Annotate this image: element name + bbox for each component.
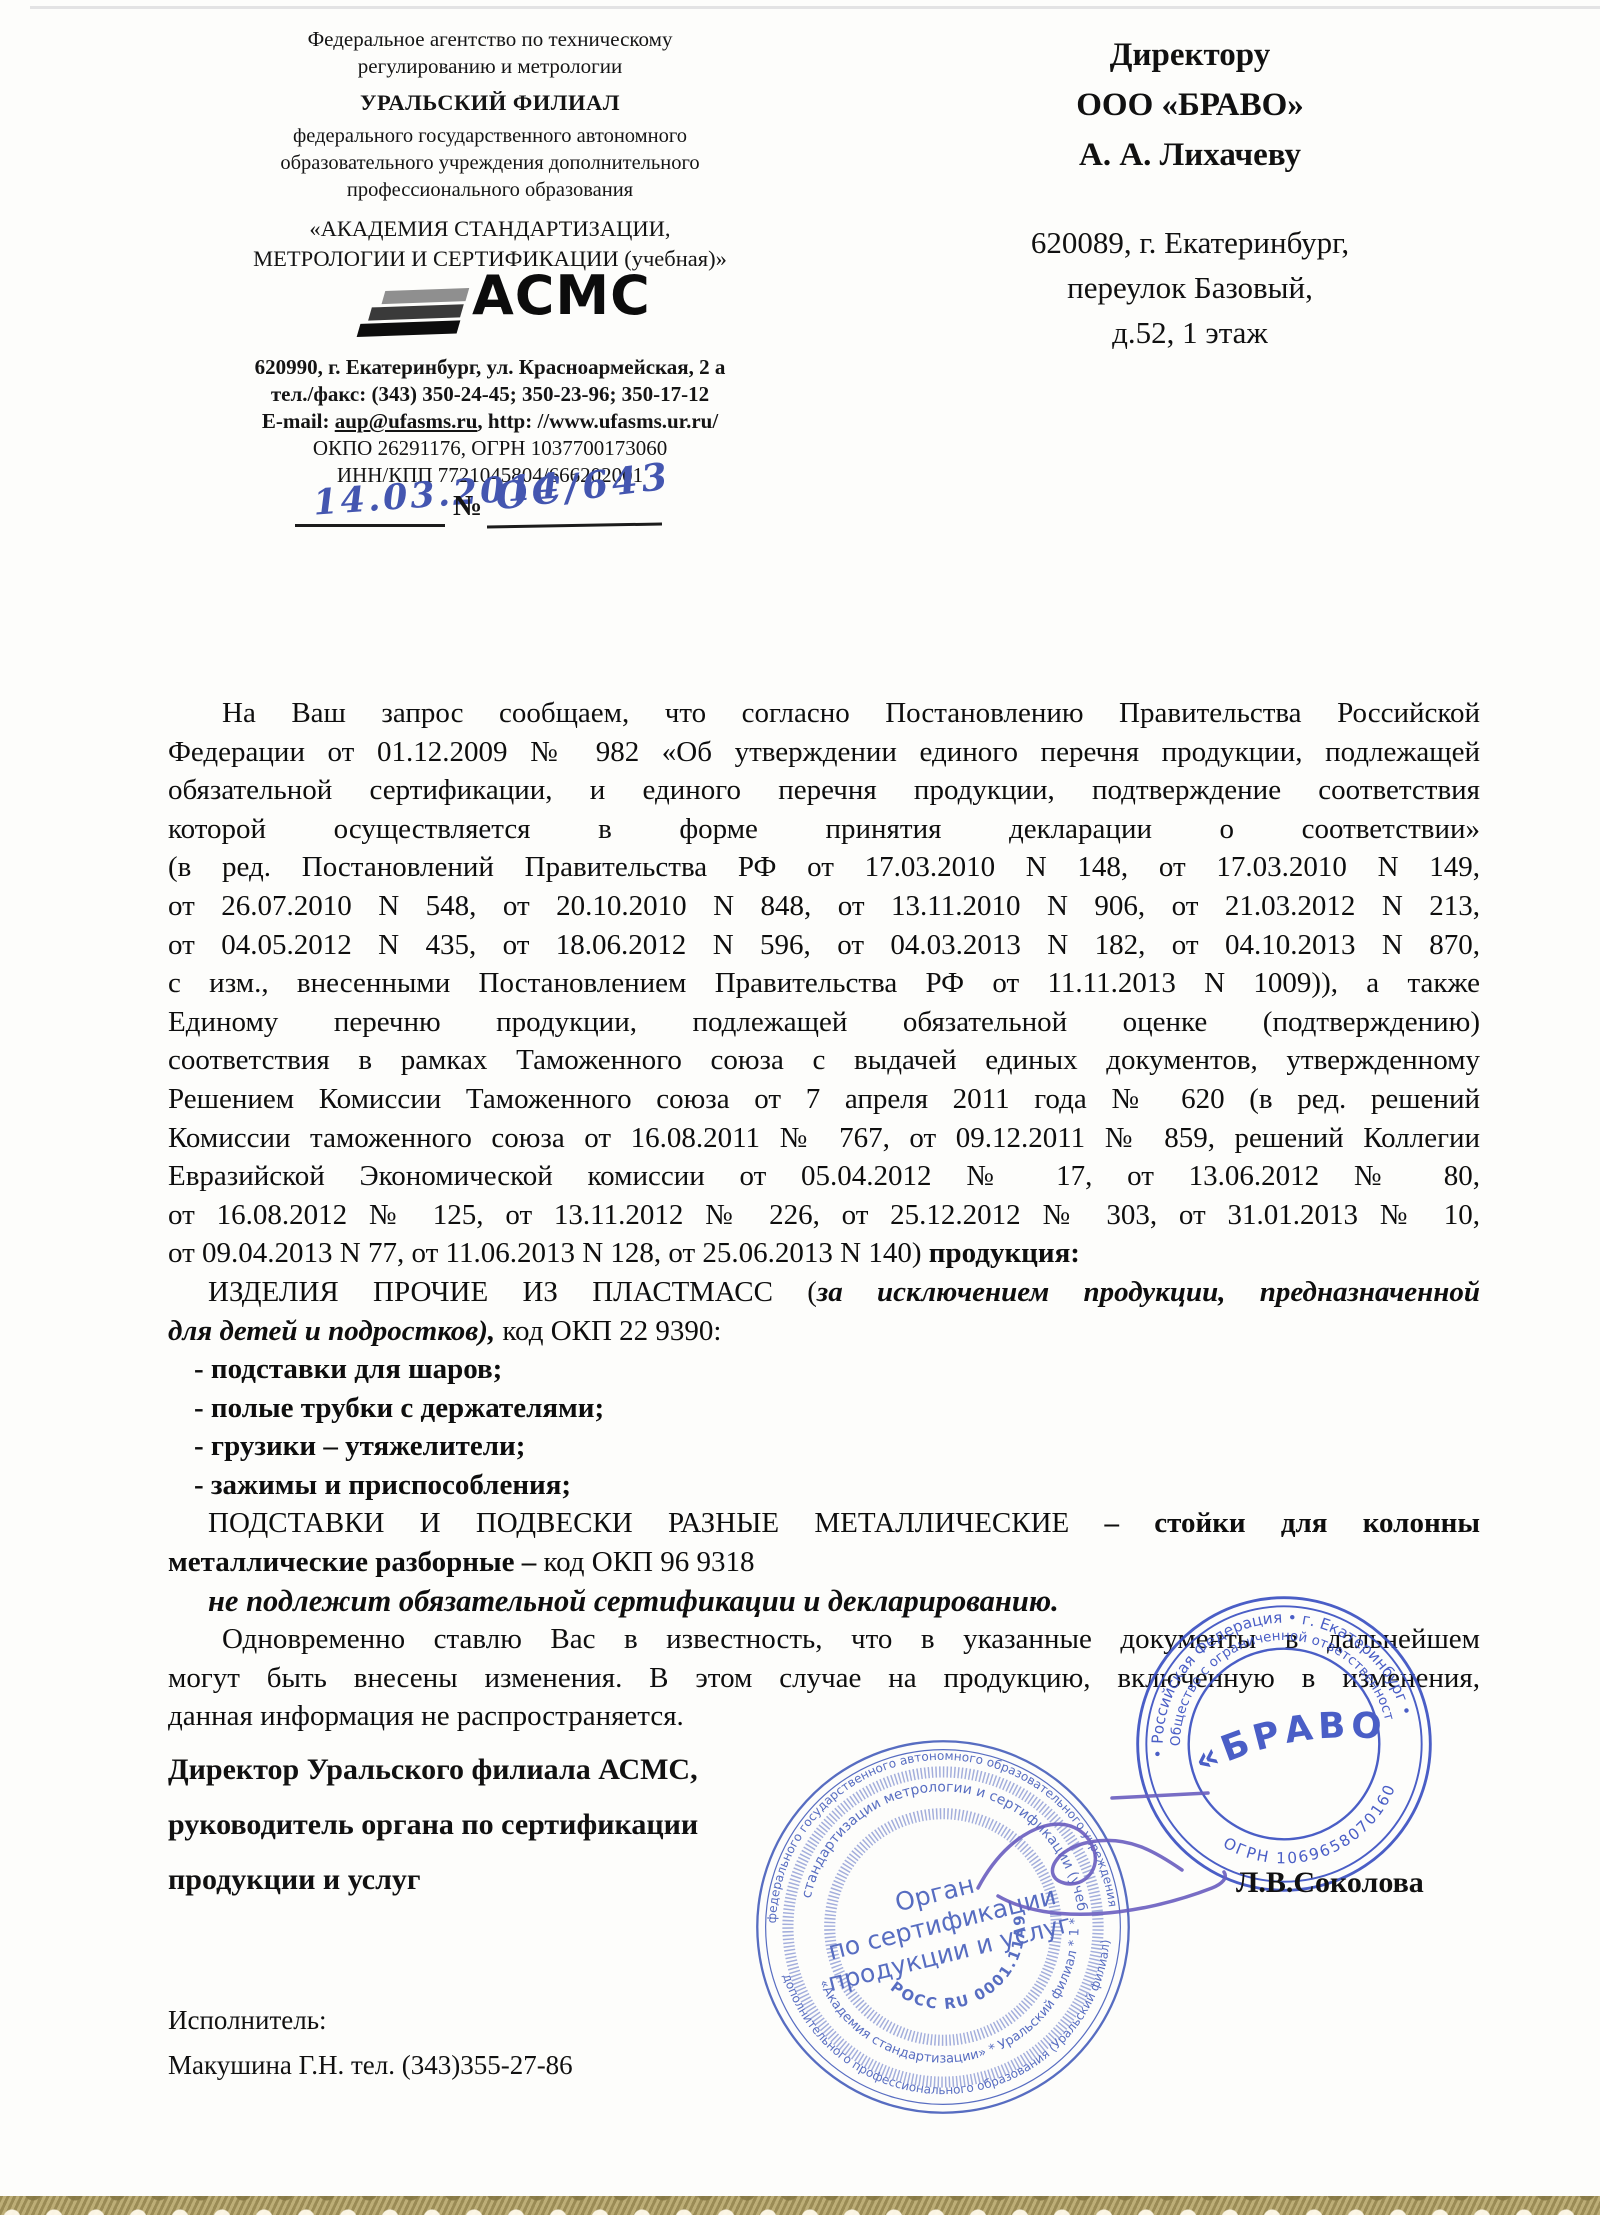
contact-email-line: E-mail: aup@ufasms.ru, http: //www.ufasm… [150, 408, 830, 435]
body-line: от 09.04.2013 N 77, от 11.06.2013 N 128,… [168, 1234, 1480, 1273]
agency-name-line2: регулированию и метрологии [150, 53, 830, 80]
signature-block: Директор Уральского филиала АСМС, руково… [168, 1742, 928, 1907]
body-line: - подставки для шаров; [168, 1350, 1480, 1389]
number-underline [487, 522, 662, 528]
recipient-person: А. А. Лихачеву [870, 130, 1510, 180]
logo-bars-icon [357, 288, 469, 340]
body-line: от 26.07.2010 N 548, от 20.10.2010 N 848… [168, 887, 1480, 926]
email-address: aup@ufasms.ru [335, 409, 478, 433]
body-line: (в ред. Постановлений Правительства РФ о… [168, 848, 1480, 887]
letterhead: Федеральное агентство по техническому ре… [150, 26, 830, 489]
body-line: На Ваш запрос сообщаем, что согласно Пос… [168, 694, 1480, 733]
bottom-decorative-band [0, 2196, 1600, 2215]
org-type-line3: профессионального образования [150, 177, 830, 204]
org-type-line1: федерального государственного автономног… [150, 123, 830, 150]
body-line: - грузики – утяжелители; [168, 1427, 1480, 1466]
recipient-block: Директору ООО «БРАВО» А. А. Лихачеву 620… [870, 30, 1510, 355]
contact-phone: тел./факс: (343) 350-24-45; 350-23-96; 3… [150, 381, 830, 408]
body-line: соответствия в рамках Таможенного союза … [168, 1041, 1480, 1080]
signer-position-line1: Директор Уральского филиала АСМС, [168, 1742, 928, 1797]
executor-name-phone: Макушина Г.Н. тел. (343)355-27-86 [168, 2043, 573, 2088]
body-line: Единому перечню продукции, подлежащей об… [168, 1003, 1480, 1042]
contact-address: 620990, г. Екатеринбург, ул. Красноармей… [150, 354, 830, 381]
top-scan-line [30, 6, 1600, 9]
body-line: Федерации от 01.12.2009 № 982 «Об утверж… [168, 733, 1480, 772]
body-line: для детей и подростков), код ОКП 22 9390… [168, 1312, 1480, 1351]
branch-name: УРАЛЬСКИЙ ФИЛИАЛ [150, 89, 830, 116]
okpo-ogrn: ОКПО 26291176, ОГРН 1037700173060 [150, 435, 830, 462]
body-line: ПОДСТАВКИ И ПОДВЕСКИ РАЗНЫЕ МЕТАЛЛИЧЕСКИ… [168, 1504, 1480, 1543]
recipient-title: Директору [870, 30, 1510, 80]
body-text: На Ваш запрос сообщаем, что согласно Пос… [168, 694, 1480, 1736]
body-line: ИЗДЕЛИЯ ПРОЧИЕ ИЗ ПЛАСТМАСС (за исключен… [168, 1273, 1480, 1312]
body-line: Комиссии таможенного союза от 16.08.2011… [168, 1119, 1480, 1158]
org-type-line2: образовательного учреждения дополнительн… [150, 150, 830, 177]
signer-name: Л.В.Соколова [1236, 1866, 1424, 1900]
recipient-address-line1: 620089, г. Екатеринбург, [870, 220, 1510, 265]
recipient-address-line3: д.52, 1 этаж [870, 310, 1510, 355]
number-sign-label: № [453, 490, 482, 523]
body-line: Евразийской Экономической комиссии от 05… [168, 1157, 1480, 1196]
website-url: , http: //www.ufasms.ur.ru/ [477, 409, 718, 433]
body-line: металлические разборные – код ОКП 96 931… [168, 1543, 1480, 1582]
executor-block: Исполнитель: Макушина Г.Н. тел. (343)355… [168, 1998, 573, 2088]
recipient-company: ООО «БРАВО» [870, 80, 1510, 130]
body-line: с изм., внесенными Постановлением Правит… [168, 964, 1480, 1003]
scanned-letter-page: { "letterhead": { "agency_line1": "Федер… [0, 0, 1600, 2215]
body-line: которой осуществляется в форме принятия … [168, 810, 1480, 849]
asms-logo: АСМС [340, 280, 640, 346]
signature-scribble [960, 1788, 1260, 1978]
email-label: E-mail: [262, 409, 335, 433]
body-line: - зажимы и приспособления; [168, 1466, 1480, 1505]
date-underline [295, 524, 445, 527]
body-line: Решением Комиссии Таможенного союза от 7… [168, 1080, 1480, 1119]
signer-position-line2: руководитель органа по сертификации [168, 1797, 928, 1852]
body-line: обязательной сертификации, и единого пер… [168, 771, 1480, 810]
body-line: - полые трубки с держателями; [168, 1389, 1480, 1428]
body-line: от 04.05.2012 N 435, от 18.06.2012 N 596… [168, 926, 1480, 965]
body-line: от 16.08.2012 № 125, от 13.11.2012 № 226… [168, 1196, 1480, 1235]
logo-text: АСМС [472, 282, 651, 309]
executor-label: Исполнитель: [168, 1998, 573, 2043]
signer-position-line3: продукции и услуг [168, 1852, 928, 1907]
agency-name-line1: Федеральное агентство по техническому [150, 26, 830, 53]
doc-date-number-field: 14.03.2014 № ОС/643 [295, 468, 815, 538]
recipient-address-line2: переулок Базовый, [870, 265, 1510, 310]
academy-name-line1: «АКАДЕМИЯ СТАНДАРТИЗАЦИИ, [150, 214, 830, 244]
